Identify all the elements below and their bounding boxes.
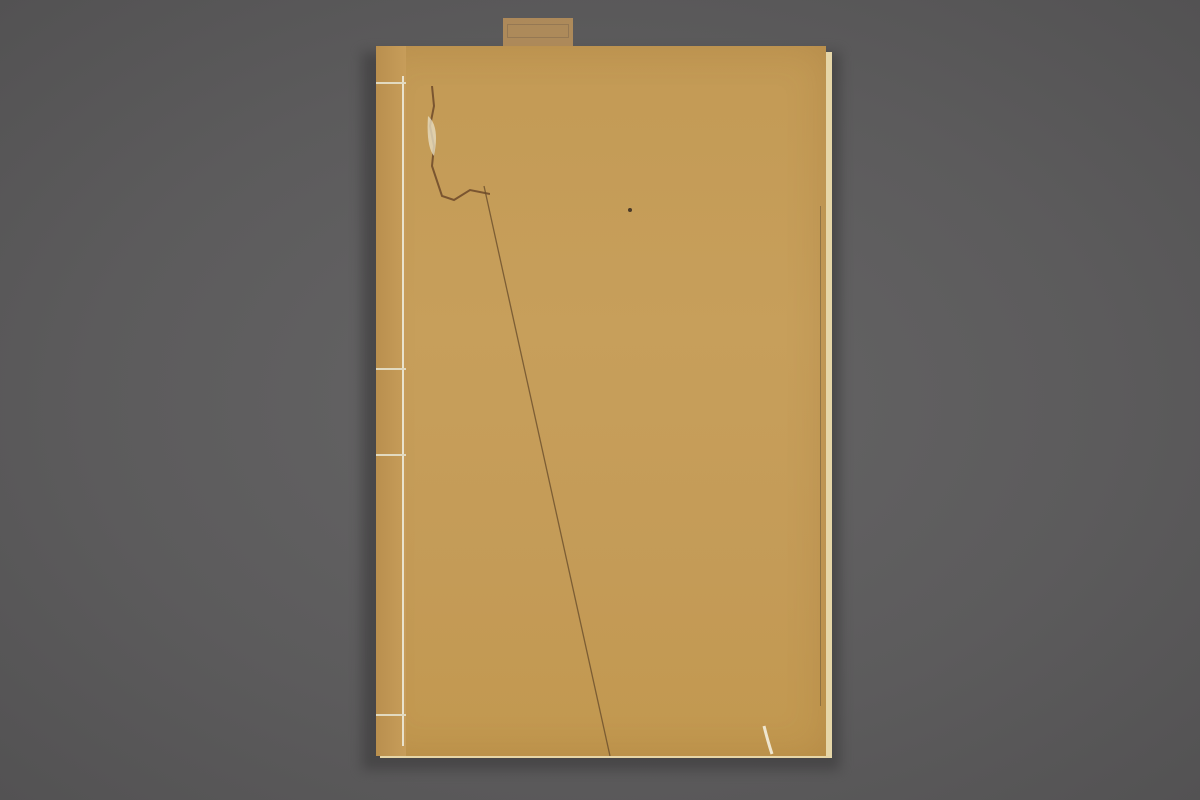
page-edge-marks bbox=[820, 206, 825, 706]
faded-stamp bbox=[507, 24, 569, 38]
book-cover bbox=[376, 46, 826, 756]
diagonal-crease bbox=[376, 46, 826, 756]
